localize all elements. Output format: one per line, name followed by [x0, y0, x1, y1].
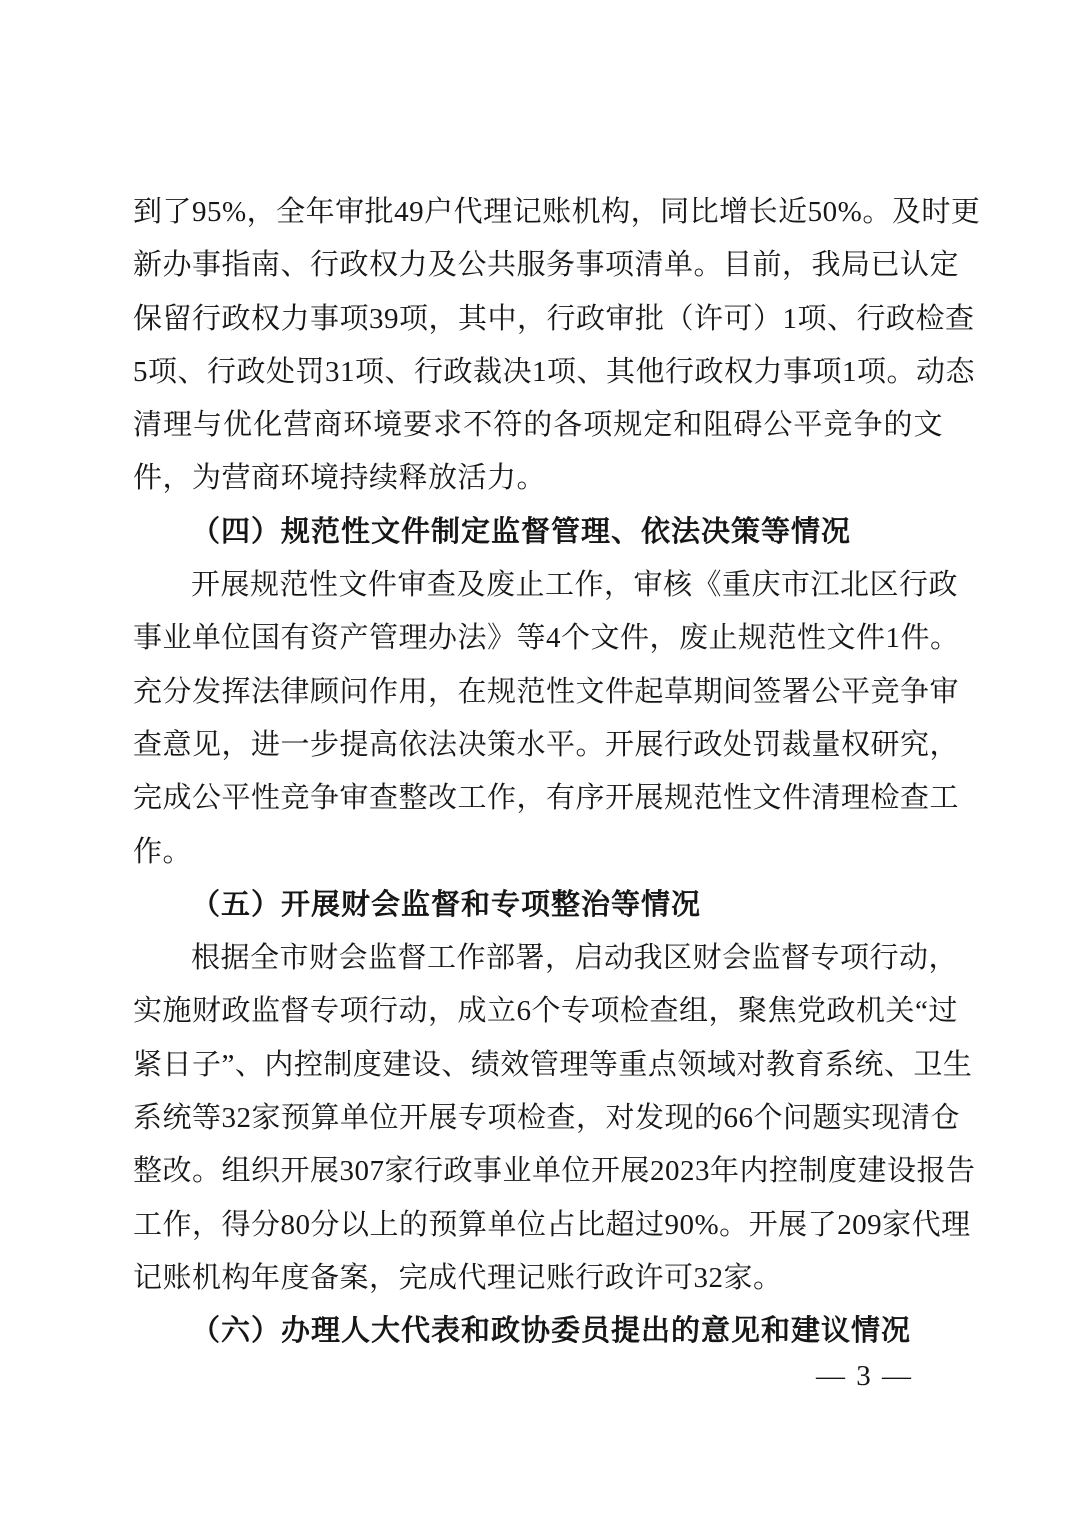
section-heading-6: （六）办理人大代表和政协委员提出的意见和建议情况	[133, 1305, 943, 1358]
section-heading-5: （五）开展财会监督和专项整治等情况	[133, 879, 943, 932]
text-line: 事业单位国有资产管理办法》等4个文件，废止规范性文件1件。	[133, 612, 943, 665]
text-line: 实施财政监督专项行动，成立6个专项检查组，聚焦党政机关“过	[133, 985, 943, 1038]
text-line: 作。	[133, 826, 943, 879]
text-line: 开展规范性文件审查及废止工作，审核《重庆市江北区行政	[133, 559, 943, 612]
text-line: 查意见，进一步提高依法决策水平。开展行政处罚裁量权研究，	[133, 719, 943, 772]
document-page: 到了95%，全年审批49户代理记账机构，同比增长近50%。及时更 新办事指南、行…	[0, 0, 1074, 1520]
text-line: 完成公平性竞争审查整改工作，有序开展规范性文件清理检查工	[133, 772, 943, 825]
document-body: 到了95%，全年审批49户代理记账机构，同比增长近50%。及时更 新办事指南、行…	[133, 186, 943, 1359]
text-line: 5项、行政处罚31项、行政裁决1项、其他行政权力事项1项。动态	[133, 346, 943, 399]
text-line: 新办事指南、行政权力及公共服务事项清单。目前，我局已认定	[133, 239, 943, 292]
text-line: 到了95%，全年审批49户代理记账机构，同比增长近50%。及时更	[133, 186, 943, 239]
text-line: 根据全市财会监督工作部署，启动我区财会监督专项行动，	[133, 932, 943, 985]
text-line: 系统等32家预算单位开展专项检查，对发现的66个问题实现清仓	[133, 1092, 943, 1145]
page-number: — 3 —	[816, 1360, 913, 1393]
text-line: 工作，得分80分以上的预算单位占比超过90%。开展了209家代理	[133, 1199, 943, 1252]
text-line: 紧日子”、内控制度建设、绩效管理等重点领域对教育系统、卫生	[133, 1039, 943, 1092]
text-line: 清理与优化营商环境要求不符的各项规定和阻碍公平竞争的文	[133, 399, 943, 452]
text-line: 保留行政权力事项39项，其中，行政审批（许可）1项、行政检查	[133, 293, 943, 346]
text-line: 件，为营商环境持续释放活力。	[133, 452, 943, 505]
text-line: 充分发挥法律顾问作用，在规范性文件起草期间签署公平竞争审	[133, 666, 943, 719]
section-heading-4: （四）规范性文件制定监督管理、依法决策等情况	[133, 506, 943, 559]
text-line: 整改。组织开展307家行政事业单位开展2023年内控制度建设报告	[133, 1145, 943, 1198]
text-line: 记账机构年度备案，完成代理记账行政许可32家。	[133, 1252, 943, 1305]
